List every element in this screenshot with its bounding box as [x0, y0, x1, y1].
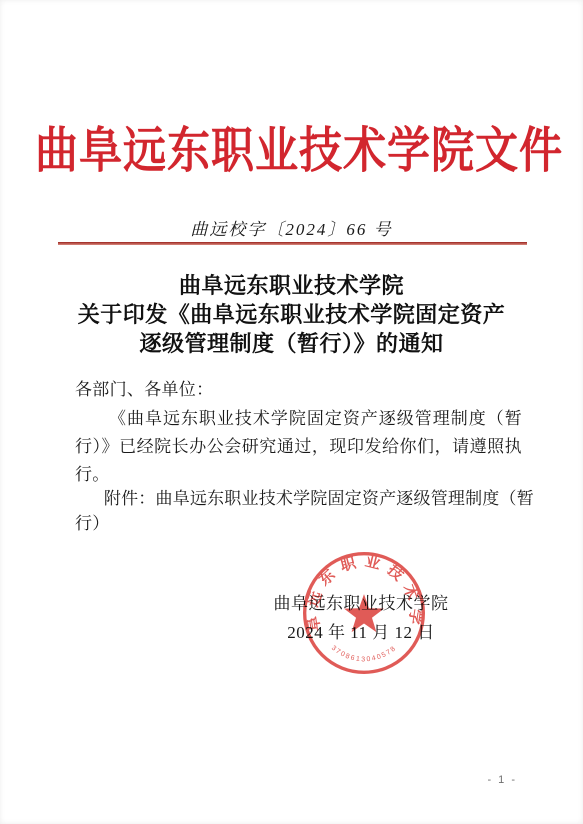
signature-date: 2024 年 11 月 12 日: [268, 618, 454, 647]
letterhead-title: 曲阜远东职业技术学院文件: [35, 112, 548, 182]
signature-block: 曲阜远东职业技术学院 2024 年 11 月 12 日: [268, 589, 454, 647]
notice-title: 曲阜远东职业技术学院 关于印发《曲阜远东职业技术学院固定资产 逐级管理制度（暂行…: [30, 271, 553, 358]
document-page: 曲阜远东职业技术学院文件 曲远校字〔2024〕66 号 曲阜远东职业技术学院 关…: [0, 0, 583, 824]
salutation: 各部门、各单位：: [75, 376, 522, 404]
red-divider-line: [58, 242, 527, 245]
notice-title-line1: 曲阜远东职业技术学院: [30, 271, 553, 300]
notice-title-line2: 关于印发《曲阜远东职业技术学院固定资产: [30, 300, 553, 329]
notice-body: 各部门、各单位： 《曲阜远东职业技术学院固定资产逐级管理制度（暂行）》已经院长办…: [75, 376, 522, 489]
signature-org: 曲阜远东职业技术学院: [268, 589, 454, 618]
body-paragraph: 《曲阜远东职业技术学院固定资产逐级管理制度（暂行）》已经院长办公会研究通过，现印…: [75, 405, 522, 489]
document-number: 曲远校字〔2024〕66 号: [0, 215, 583, 240]
page-number: - 1 -: [487, 774, 517, 786]
notice-title-line3: 逐级管理制度（暂行）》的通知: [30, 329, 553, 358]
svg-text:3708613040578: 3708613040578: [330, 645, 398, 664]
attachment-line: 附件：曲阜远东职业技术学院固定资产逐级管理制度（暂行）: [75, 484, 535, 534]
seal-code-number: 3708613040578: [330, 645, 398, 664]
